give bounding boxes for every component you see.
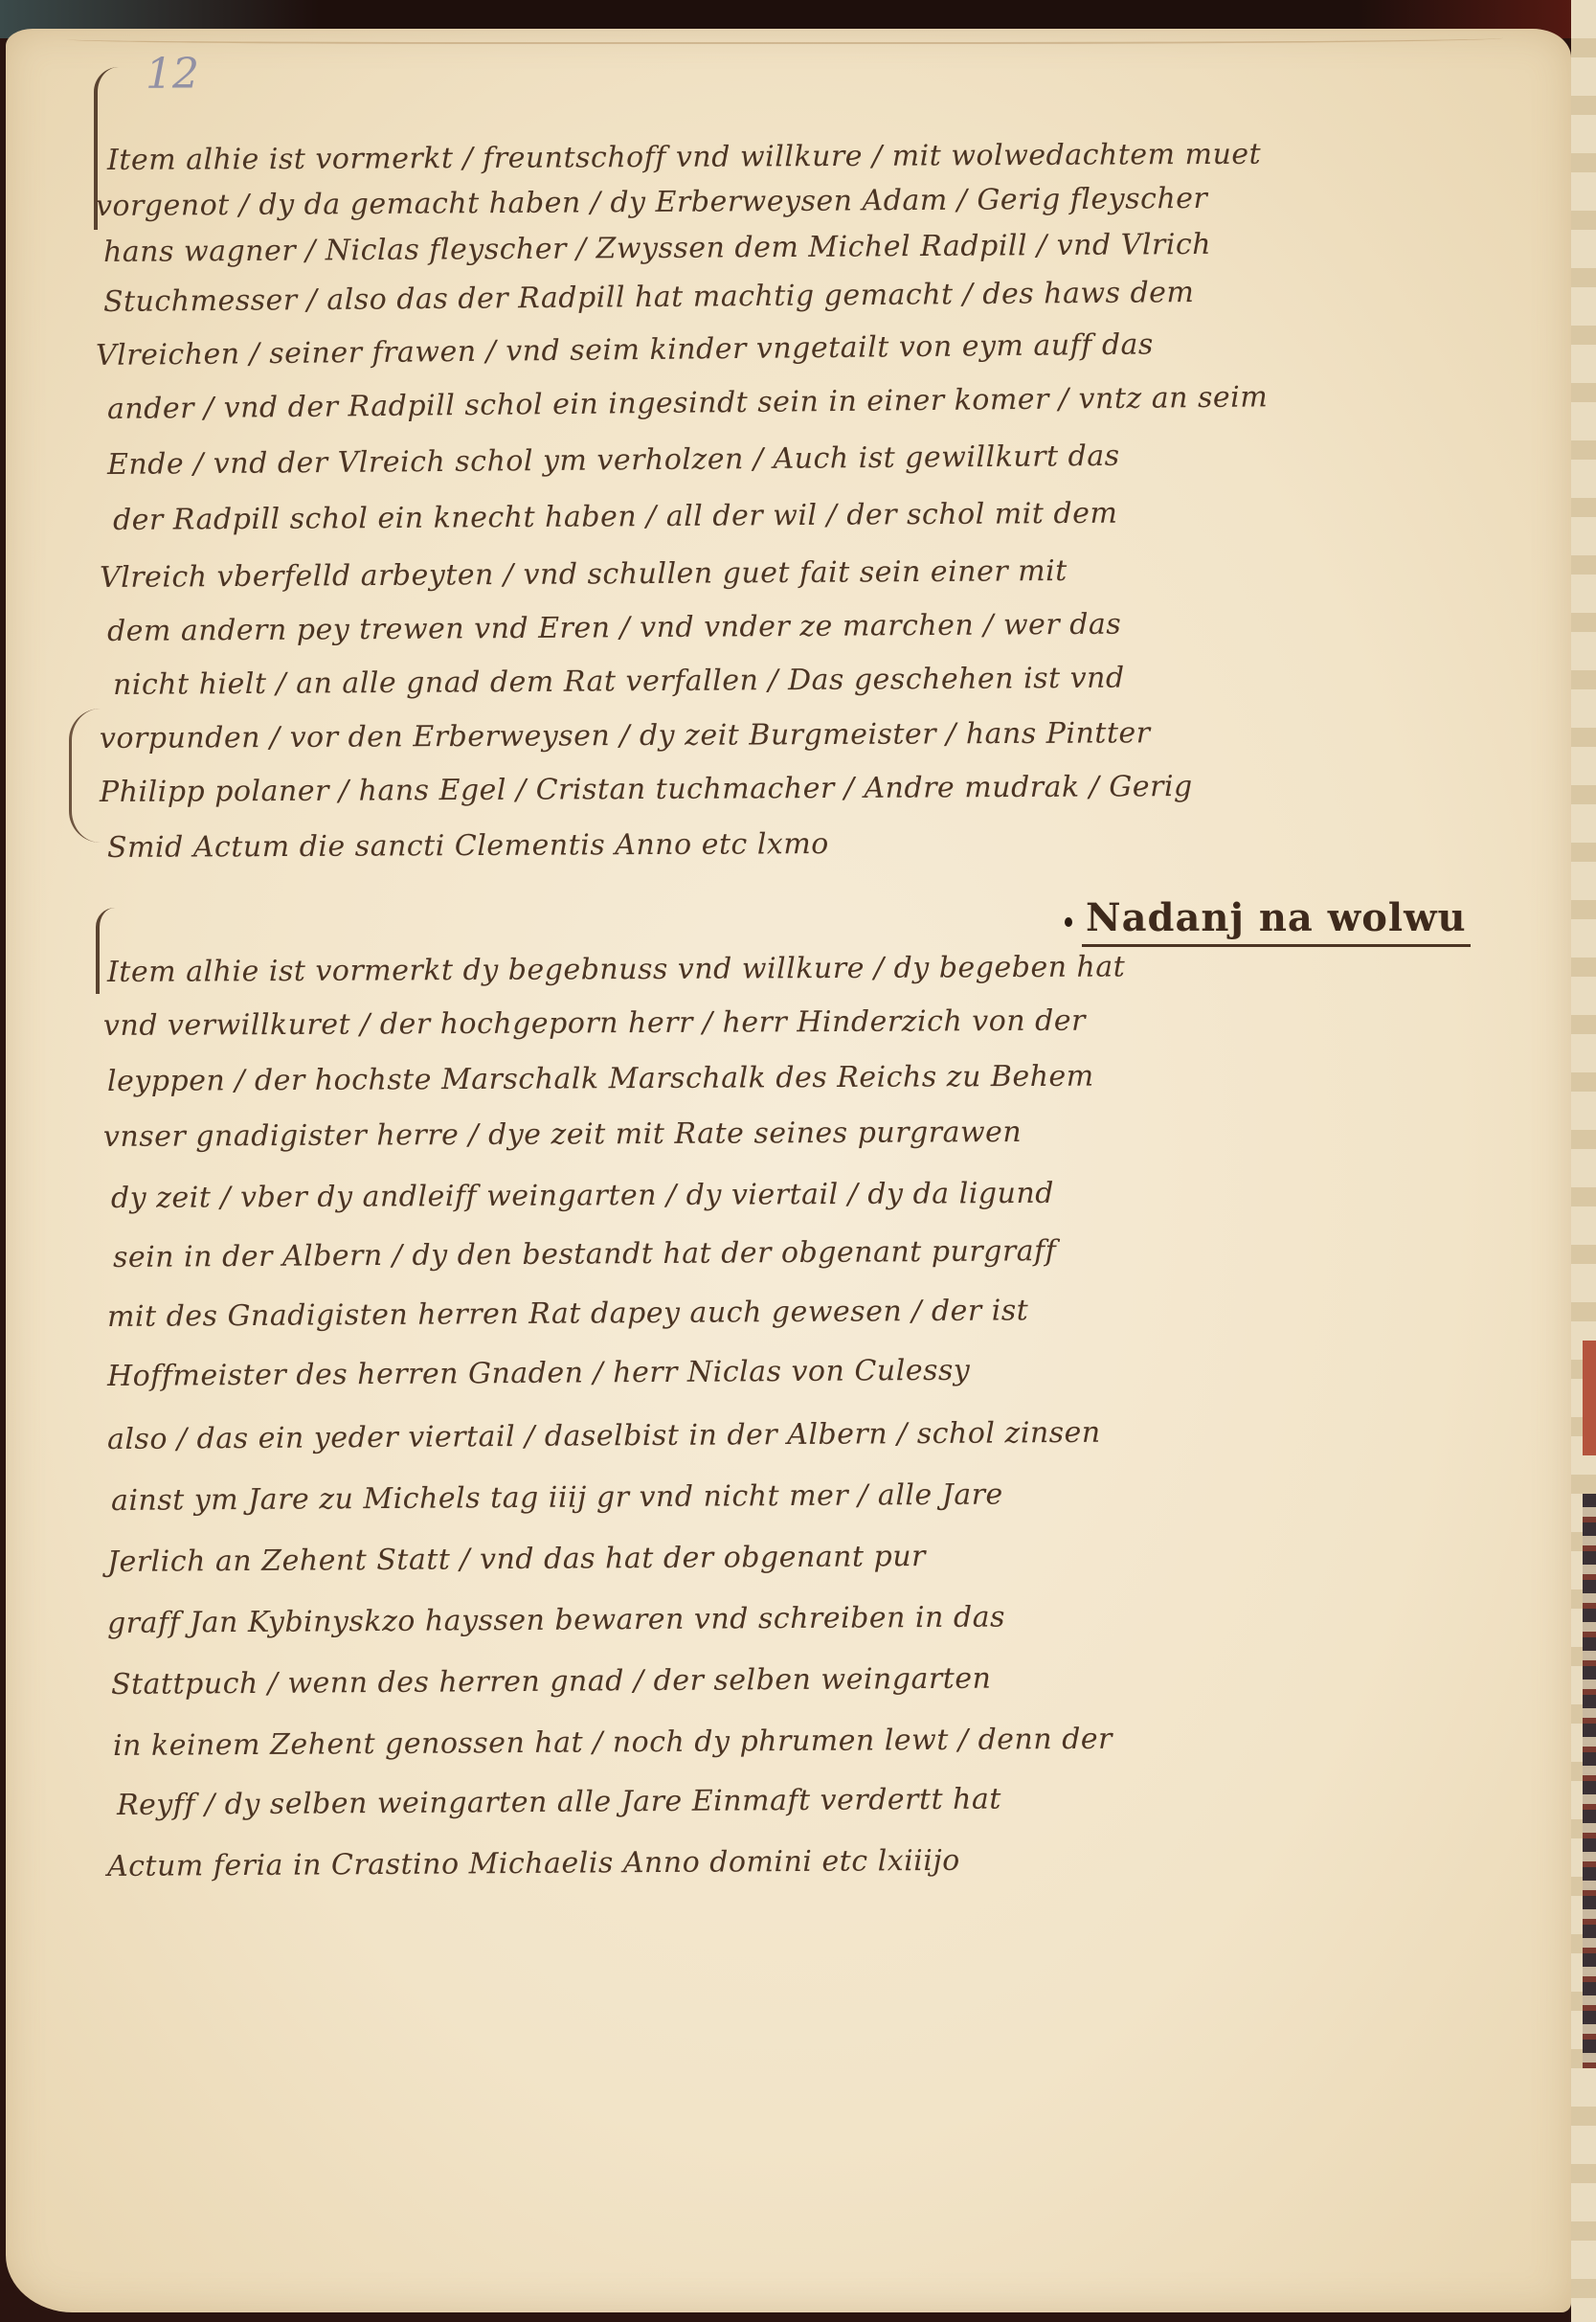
entry-2-line-3: leyppen / der hochste Marschalk Marschal… xyxy=(107,1058,1094,1101)
entry-2-line-7: mit des Gnadigisten herren Rat dapey auc… xyxy=(107,1292,1029,1337)
show-through-ink xyxy=(115,1973,1455,2011)
entry-2-line-10: ainst ym Jare zu Michels tag iiij gr vnd… xyxy=(111,1476,1003,1521)
entry-2-line-2: vnd verwillkuret / der hochgeporn herr /… xyxy=(103,1003,1086,1046)
folio-number: 12 xyxy=(146,50,199,99)
entry-1-line-13: Philipp polaner / hans Egel / Cristan tu… xyxy=(100,768,1193,812)
entry-1-line-12: vorpunden / vor den Erberweysen / dy zei… xyxy=(100,714,1151,758)
entry-2-line-9: also / das ein yeder viertail / daselbis… xyxy=(107,1414,1101,1459)
entry-1-line-11: nicht hielt / an alle gnad dem Rat verfa… xyxy=(113,660,1125,705)
entry-1-line-9: Vlreich vberfelld arbeyten / vnd schulle… xyxy=(100,552,1068,597)
entry-2-line-5: dy zeit / vber dy andleiff weingarten / … xyxy=(111,1175,1054,1218)
page-top-edge-stain xyxy=(67,29,1503,44)
entry-1-line-10: dem andern pey trewen vnd Eren / vnd vnd… xyxy=(107,606,1122,651)
entry-2-line-4: vnser gnadigister herre / dye zeit mit R… xyxy=(103,1114,1022,1157)
entry-1-line-2: vorgenot / dy da gemacht haben / dy Erbe… xyxy=(96,180,1208,226)
entry-1-line-8: der Radpill schol ein knecht haben / all… xyxy=(113,495,1118,540)
entry-2-line-1: Item alhie ist vormerkt dy begebnuss vnd… xyxy=(107,948,1125,992)
entry-2-line-8: Hoffmeister des herren Gnaden / herr Nic… xyxy=(107,1352,971,1396)
entry-2-line-6: sein in der Albern / dy den bestandt hat… xyxy=(113,1232,1057,1277)
entry-1-line-14: Smid Actum die sancti Clementis Anno etc… xyxy=(107,825,829,868)
marginal-heading: Nadanj na wolwu xyxy=(1082,895,1471,947)
entry-2-line-16: Actum feria in Crastino Michaelis Anno d… xyxy=(107,1842,960,1886)
heading-dot xyxy=(1065,917,1072,927)
entry-2-line-11: Jerlich an Zehent Statt / vnd das hat de… xyxy=(107,1538,926,1582)
entry-2-line-15: Reyff / dy selben weingarten alle Jare E… xyxy=(117,1781,1001,1825)
marginal-bracket xyxy=(69,709,101,843)
entry-2-line-13: Stattpuch / wenn des herren gnad / der s… xyxy=(111,1660,992,1704)
binding-patterned-fragment xyxy=(1583,1494,1596,2068)
entry-1-line-1: Item alhie ist vormerkt / freuntschoff v… xyxy=(107,136,1261,180)
binding-red-fragment xyxy=(1583,1341,1596,1455)
entry-2-line-14: in keinem Zehent genossen hat / noch dy … xyxy=(113,1721,1113,1766)
entry-2-line-12: graff Jan Kybinyskzo hayssen bewaren vnd… xyxy=(107,1598,1005,1643)
entry-1-line-3: hans wagner / Niclas fleyscher / Zwyssen… xyxy=(103,226,1211,272)
